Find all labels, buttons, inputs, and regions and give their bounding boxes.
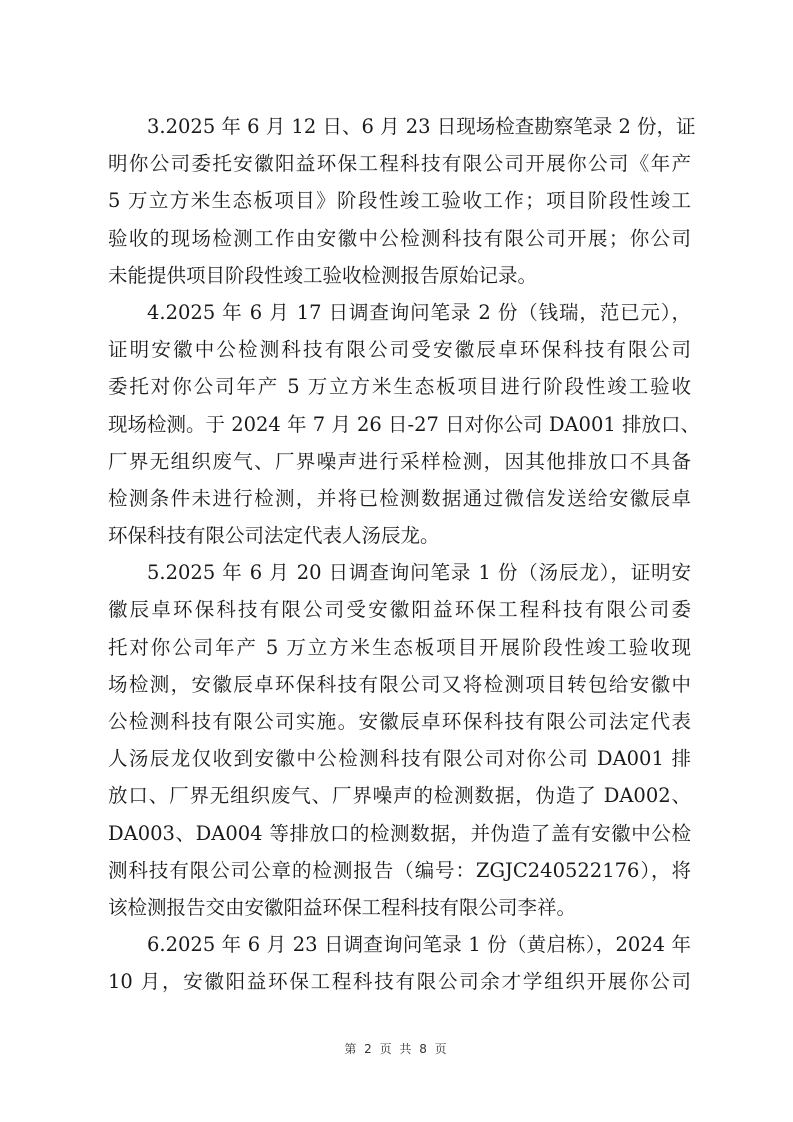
text-line: 场检测，安徽辰卓环保科技有限公司又将检测项目转包给安徽中 [108, 666, 691, 703]
text-line: 徽辰卓环保科技有限公司受安徽阳益环保工程科技有限公司委 [108, 591, 691, 628]
text-line: 3.2025 年 6 月 12 日、6 月 23 日现场检查勘察笔录 2 份，证 [108, 108, 691, 145]
document-body: 3.2025 年 6 月 12 日、6 月 23 日现场检查勘察笔录 2 份，证… [108, 108, 691, 1001]
text-line: 委托对你公司年产 5 万立方米生态板项目进行阶段性竣工验收 [108, 368, 691, 405]
text-line: 放口、厂界无组织废气、厂界噪声的检测数据，伪造了 DA002、 [108, 777, 691, 814]
text-line: DA003、DA004 等排放口的检测数据，并伪造了盖有安徽中公检 [108, 815, 691, 852]
text-line: 4.2025 年 6 月 17 日调查询问笔录 2 份（钱瑞，范已元）， [108, 294, 691, 331]
text-line: 10 月，安徽阳益环保工程科技有限公司余才学组织开展你公司 [108, 963, 691, 1000]
paragraph-item-6: 6.2025 年 6 月 23 日调查询问笔录 1 份（黄启栋），2024 年 … [108, 926, 691, 1000]
text-line: 环保科技有限公司法定代表人汤辰龙。 [108, 517, 691, 554]
text-line: 公检测科技有限公司实施。安徽辰卓环保科技有限公司法定代表 [108, 703, 691, 740]
text-line: 6.2025 年 6 月 23 日调查询问笔录 1 份（黄启栋），2024 年 [108, 926, 691, 963]
document-page: 3.2025 年 6 月 12 日、6 月 23 日现场检查勘察笔录 2 份，证… [0, 0, 793, 1122]
text-line: 明你公司委托安徽阳益环保工程科技有限公司开展你公司《年产 [108, 145, 691, 182]
text-line: 5.2025 年 6 月 20 日调查询问笔录 1 份（汤辰龙），证明安 [108, 554, 691, 591]
text-line: 测科技有限公司公章的检测报告（编号：ZGJC240522176），将 [108, 852, 691, 889]
text-line: 证明安徽中公检测科技有限公司受安徽辰卓环保科技有限公司 [108, 331, 691, 368]
text-line: 人汤辰龙仅收到安徽中公检测科技有限公司对你公司 DA001 排 [108, 740, 691, 777]
text-line: 该检测报告交由安徽阳益环保工程科技有限公司李祥。 [108, 889, 691, 926]
page-number-footer: 第 2 页 共 8 页 [0, 1040, 793, 1057]
paragraph-item-3: 3.2025 年 6 月 12 日、6 月 23 日现场检查勘察笔录 2 份，证… [108, 108, 691, 294]
text-line: 未能提供项目阶段性竣工验收检测报告原始记录。 [108, 257, 691, 294]
text-line: 5 万立方米生态板项目》阶段性竣工验收工作；项目阶段性竣工 [108, 182, 691, 219]
text-line: 验收的现场检测工作由安徽中公检测科技有限公司开展；你公司 [108, 220, 691, 257]
text-line: 托对你公司年产 5 万立方米生态板项目开展阶段性竣工验收现 [108, 629, 691, 666]
text-line: 厂界无组织废气、厂界噪声进行采样检测，因其他排放口不具备 [108, 443, 691, 480]
text-line: 现场检测。于 2024 年 7 月 26 日-27 日对你公司 DA001 排放… [108, 406, 691, 443]
text-line: 检测条件未进行检测，并将已检测数据通过微信发送给安徽辰卓 [108, 480, 691, 517]
paragraph-item-5: 5.2025 年 6 月 20 日调查询问笔录 1 份（汤辰龙），证明安 徽辰卓… [108, 554, 691, 926]
paragraph-item-4: 4.2025 年 6 月 17 日调查询问笔录 2 份（钱瑞，范已元）， 证明安… [108, 294, 691, 554]
